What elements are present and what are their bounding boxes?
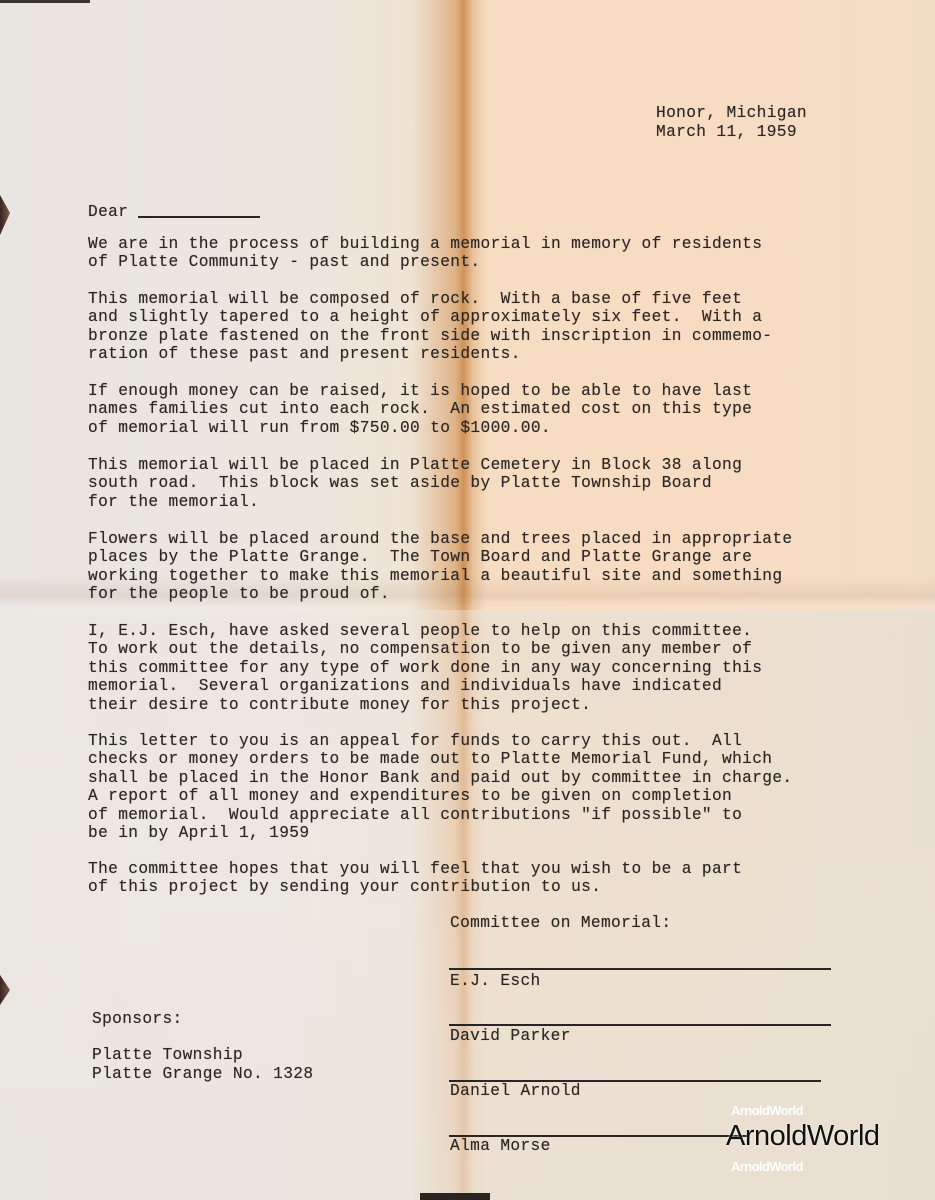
sponsor-item: Platte Township	[92, 1046, 243, 1064]
committee-member: Alma Morse	[450, 1137, 551, 1155]
sponsor-item: Platte Grange No. 1328	[92, 1065, 313, 1083]
letter-date: March 11, 1959	[656, 123, 797, 141]
body-paragraph-4: This memorial will be placed in Platte C…	[88, 456, 742, 511]
watermark-small-top: ArnoldWorld	[731, 1103, 803, 1118]
salutation: Dear	[88, 203, 128, 221]
body-paragraph-1: We are in the process of building a memo…	[88, 235, 762, 272]
paper-edge-shadow	[0, 0, 90, 3]
watermark-logo: ArnoldWorld	[726, 1120, 880, 1153]
body-paragraph-8: The committee hopes that you will feel t…	[88, 860, 742, 897]
committee-member: E.J. Esch	[450, 972, 541, 990]
body-paragraph-7: This letter to you is an appeal for fund…	[88, 732, 793, 842]
paper-edge-shadow	[420, 1193, 490, 1200]
body-paragraph-2: This memorial will be composed of rock. …	[88, 290, 772, 364]
signature-line	[449, 968, 831, 970]
watermark-small-bottom: ArnoldWorld	[731, 1159, 803, 1174]
committee-heading: Committee on Memorial:	[450, 914, 671, 932]
letter-place: Honor, Michigan	[656, 104, 807, 122]
sponsors-heading: Sponsors:	[92, 1010, 183, 1028]
body-paragraph-6: I, E.J. Esch, have asked several people …	[88, 622, 762, 714]
body-paragraph-3: If enough money can be raised, it is hop…	[88, 382, 752, 437]
body-paragraph-5: Flowers will be placed around the base a…	[88, 530, 793, 604]
committee-member: Daniel Arnold	[450, 1082, 581, 1100]
signature-line	[449, 1024, 831, 1026]
committee-member: David Parker	[450, 1027, 571, 1045]
salutation-blank-line	[138, 216, 260, 218]
